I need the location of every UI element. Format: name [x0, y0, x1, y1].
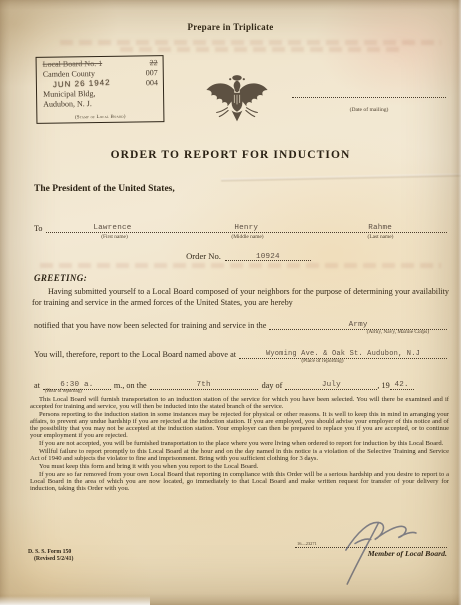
branch-value: Army — [349, 321, 368, 329]
stamp-county-value: 007 — [146, 68, 158, 78]
instruction-paragraph: You must keep this form and bring it wit… — [30, 463, 449, 470]
signature — [303, 516, 449, 588]
day-of-text: day of — [262, 381, 283, 390]
order-number-label: Order No. — [186, 251, 221, 261]
local-board-stamp-box: Local Board No. 1 22 Camden County 007 J… — [36, 55, 165, 124]
bleed-through-text — [40, 263, 441, 268]
addressee-row: To Lawrence Henry Rahme — [34, 220, 447, 233]
paper-crease — [221, 173, 461, 181]
instruction-paragraph: If you are not accepted, you will be fur… — [30, 440, 449, 447]
place-sublabel: (Place of reporting) — [301, 358, 343, 364]
date-of-mailing-field: (Date of mailing) — [292, 86, 446, 116]
month-line: July — [285, 378, 377, 390]
stamp-address2-text: Audubon, N. J. — [43, 99, 92, 110]
addressee-name-line: Lawrence Henry Rahme — [46, 221, 447, 233]
instruction-paragraph: This Local Board will furnish transporta… — [30, 396, 449, 410]
first-name-value: Lawrence — [93, 224, 131, 232]
last-name-value: Rahme — [368, 224, 392, 232]
bleed-through-text — [60, 40, 441, 45]
year-line: 42. — [390, 378, 414, 390]
bleed-through-text — [120, 47, 401, 52]
hour-line: 6:30 a. (Hour of reporting) — [43, 378, 111, 390]
date-of-mailing-label: (Date of mailing) — [350, 107, 389, 113]
stamp-address-line2: Audubon, N. J. — [43, 98, 158, 110]
paper-edge-highlight — [0, 596, 150, 605]
place-value: Wyoming Ave. & Oak St. Audubon, N.J — [266, 350, 420, 358]
form-number: D. S. S. Form 150 — [28, 549, 73, 556]
year-prefix-text: , 19 — [377, 381, 389, 390]
time-row: at 6:30 a. (Hour of reporting) m., on th… — [34, 377, 447, 390]
form-number-block: D. S. S. Form 150 (Revised 5/2/41) — [28, 549, 73, 563]
middle-name-value: Henry — [234, 224, 258, 232]
stamp-board-value: 22 — [150, 58, 158, 68]
hour-value: 6:30 a. — [60, 381, 93, 389]
instruction-paragraph: Persons reporting to the induction stati… — [30, 411, 449, 439]
page-title: ORDER TO REPORT FOR INDUCTION — [0, 149, 461, 161]
salutation: The President of the United States, — [34, 184, 175, 194]
first-name-label: (First name) — [48, 234, 181, 240]
place-row: You will, therefore, report to the Local… — [34, 346, 447, 359]
report-prefix: You will, therefore, report to the Local… — [34, 350, 236, 359]
branch-row: notified that you have now been selected… — [34, 317, 447, 330]
to-label: To — [34, 224, 43, 233]
branch-sublabel: (Army, Navy, Marine Corps) — [367, 329, 429, 335]
hour-sublabel: (Hour of reporting) — [45, 389, 82, 394]
signature-block: 16—23271 Member of Local Board. — [295, 536, 447, 558]
order-number-row: Order No. 10924 — [18, 248, 461, 261]
middle-name-label: (Middle name) — [181, 234, 314, 240]
order-number-line: 10924 — [225, 249, 311, 261]
place-line: Wyoming Ave. & Oak St. Audubon, N.J (Pla… — [239, 347, 447, 359]
date-of-mailing-line — [292, 86, 446, 98]
greeting-label: GREETING: — [34, 273, 87, 283]
year-value: 42. — [395, 381, 409, 389]
instruction-paragraph: Willful failure to report promptly to th… — [30, 448, 449, 462]
last-name-label: (Last name) — [314, 234, 447, 240]
stamp-board-label: Local Board No. 1 — [43, 59, 103, 70]
eagle-seal-icon — [203, 72, 271, 138]
instructions-text: This Local Board will furnish transporta… — [30, 396, 449, 493]
prepare-in-triplicate-note: Prepare in Triplicate — [0, 22, 461, 32]
time-mid-text: m., on the — [114, 381, 147, 390]
induction-order-document: Prepare in Triplicate Local Board No. 1 … — [0, 0, 461, 605]
time-at-text: at — [34, 381, 40, 390]
form-revision: (Revised 5/2/41) — [28, 556, 73, 563]
branch-line: Army (Army, Navy, Marine Corps) — [269, 318, 447, 330]
stamp-box-caption: (Stamp of Local Board) — [37, 114, 163, 121]
greeting-paragraph: Having submitted yourself to a Local Boa… — [32, 287, 449, 309]
notified-prefix: notified that you have now been selected… — [34, 321, 266, 330]
month-value: July — [322, 381, 341, 389]
day-line: 7th — [150, 378, 258, 390]
addressee-labels-row: (First name) (Middle name) (Last name) — [48, 234, 447, 240]
order-number-value: 10924 — [256, 253, 280, 261]
stamp-board-row: Local Board No. 1 22 — [43, 58, 158, 70]
instruction-paragraph: If you are so far removed from your own … — [30, 471, 449, 492]
day-value: 7th — [197, 381, 211, 389]
stamp-date-value: 004 — [146, 78, 158, 88]
